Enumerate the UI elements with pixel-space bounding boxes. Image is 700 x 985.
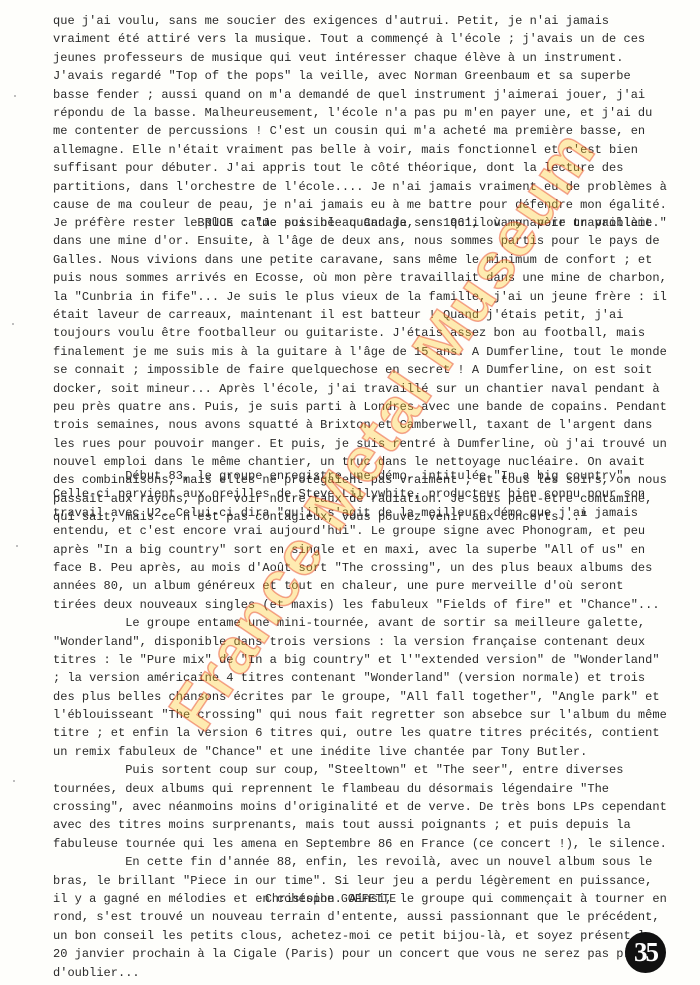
text-line: un bon conseil les petits clous, achetez… [53,927,693,945]
text-line: Début 83, le groupe enregistre une démo,… [53,467,693,485]
text-line: dans une mine d'or. Ensuite, à l'âge de … [53,232,693,250]
text-line: J'avais regardé "Top of the pops" la vei… [53,67,693,85]
text-line: Celle-ci parvient aux oreilles de Steve … [53,485,693,503]
text-line: puis nous sommes arrivés en Ecosse, où m… [53,269,693,287]
scan-speck [16,545,18,547]
text-line: entendu, et c'est encore vrai aujourd'hu… [53,522,693,540]
text-line: répondu de la basse. Malheureusement, l'… [53,104,693,122]
text-line: En cette fin d'année 88, enfin, les revo… [53,853,693,871]
text-line: toujours voulu être footballeur ou guita… [53,324,693,342]
text-line: l'éblouisseant "The crossing" qui nous f… [53,706,693,724]
document-page: que j'ai voulu, sans me soucier des exig… [0,0,700,985]
page-number: 35 [634,937,657,968]
text-line: finalement je me suis mis à la guitare à… [53,343,693,361]
text-line: me contenter de percussions ! C'est un c… [53,122,693,140]
page-number-badge: 35 [625,932,666,973]
text-line: vraiment été attiré vers la musique. Tou… [53,30,693,48]
author-signature: Christophe GOFFETTE [265,893,396,906]
text-line: Galles. Nous vivions dans une petite car… [53,251,693,269]
scan-speck [13,780,15,782]
text-line: tournées, deux albums qui reprennent le … [53,780,693,798]
text-line: bras, le brillant "Piece in our time". S… [53,872,693,890]
text-line: Puis sortent coup sur coup, "Steeltown" … [53,761,693,779]
text-line: les rues pour pouvoir manger. Et puis, j… [53,435,693,453]
text-line: face B. Peu après, au mois d'Août sort "… [53,559,693,577]
text-line: peu près quatre ans. Puis, je suis parti… [53,398,693,416]
text-line: partitions, dans l'orchestre de l'école.… [53,178,693,196]
text-line: 20 janvier prochain à la Cigale (Paris) … [53,945,693,963]
text-line: suffisant pour débuter. J'ai appris tout… [53,159,693,177]
text-line: trois semaines, nous avons squatté à Bri… [53,416,693,434]
text-line: années 80, un album généreux et tout en … [53,577,693,595]
text-line: BRUCE : "Je suis né au Canada, en 1961, … [53,214,693,232]
text-line: Le groupe entame une mini-tournée, avant… [53,614,693,632]
text-line: ; la version américaine 4 titres contena… [53,669,693,687]
text-line: des plus belles chansons écrites par le … [53,688,693,706]
text-line: était laveur de carreaux, maintenant il … [53,306,693,324]
text-line: d'oublier... [53,964,693,982]
text-line: tirées deux nouveaux singles (et maxis) … [53,596,693,614]
text-line: jeunes professeurs de musique qui veut i… [53,49,693,67]
text-line: allemagne. Elle n'était vraiment pas bel… [53,141,693,159]
scan-speck [14,95,16,97]
text-line: se connait ; impossible de faire quelque… [53,361,693,379]
text-line: fabuleuse tournée qui les amena en Septe… [53,835,693,853]
text-line: travail avec U2. Celui-ci dira "qu'il s'… [53,504,693,522]
text-line: "Wonderland", disponible dans trois vers… [53,633,693,651]
text-line: rond, s'est trouvé un nouveau terrain d'… [53,908,693,926]
text-line: que j'ai voulu, sans me soucier des exig… [53,12,693,30]
text-line: la "Cunbria in fife"... Je suis le plus … [53,288,693,306]
text-line: après "In a big country" sort en single … [53,541,693,559]
text-line: cause de ma couleur de peau, je n'ai jam… [53,196,693,214]
text-line: docker, soit mineur... Après l'école, j'… [53,380,693,398]
text-line: avec des titres moins surprenants, mais … [53,816,693,834]
scan-speck [12,323,14,325]
text-line: un remix fabuleux de "Chance" et une iné… [53,743,693,761]
text-line: crossing", avec néanmoins moins d'origin… [53,798,693,816]
text-line: titres : le "Pure mix" de "In a big coun… [53,651,693,669]
text-line: basse fender ; aussi quand on m'a demand… [53,86,693,104]
text-line: titre ; et enfin la version 6 titres qui… [53,724,693,742]
paragraph-interview-end: que j'ai voulu, sans me soucier des exig… [53,12,693,233]
